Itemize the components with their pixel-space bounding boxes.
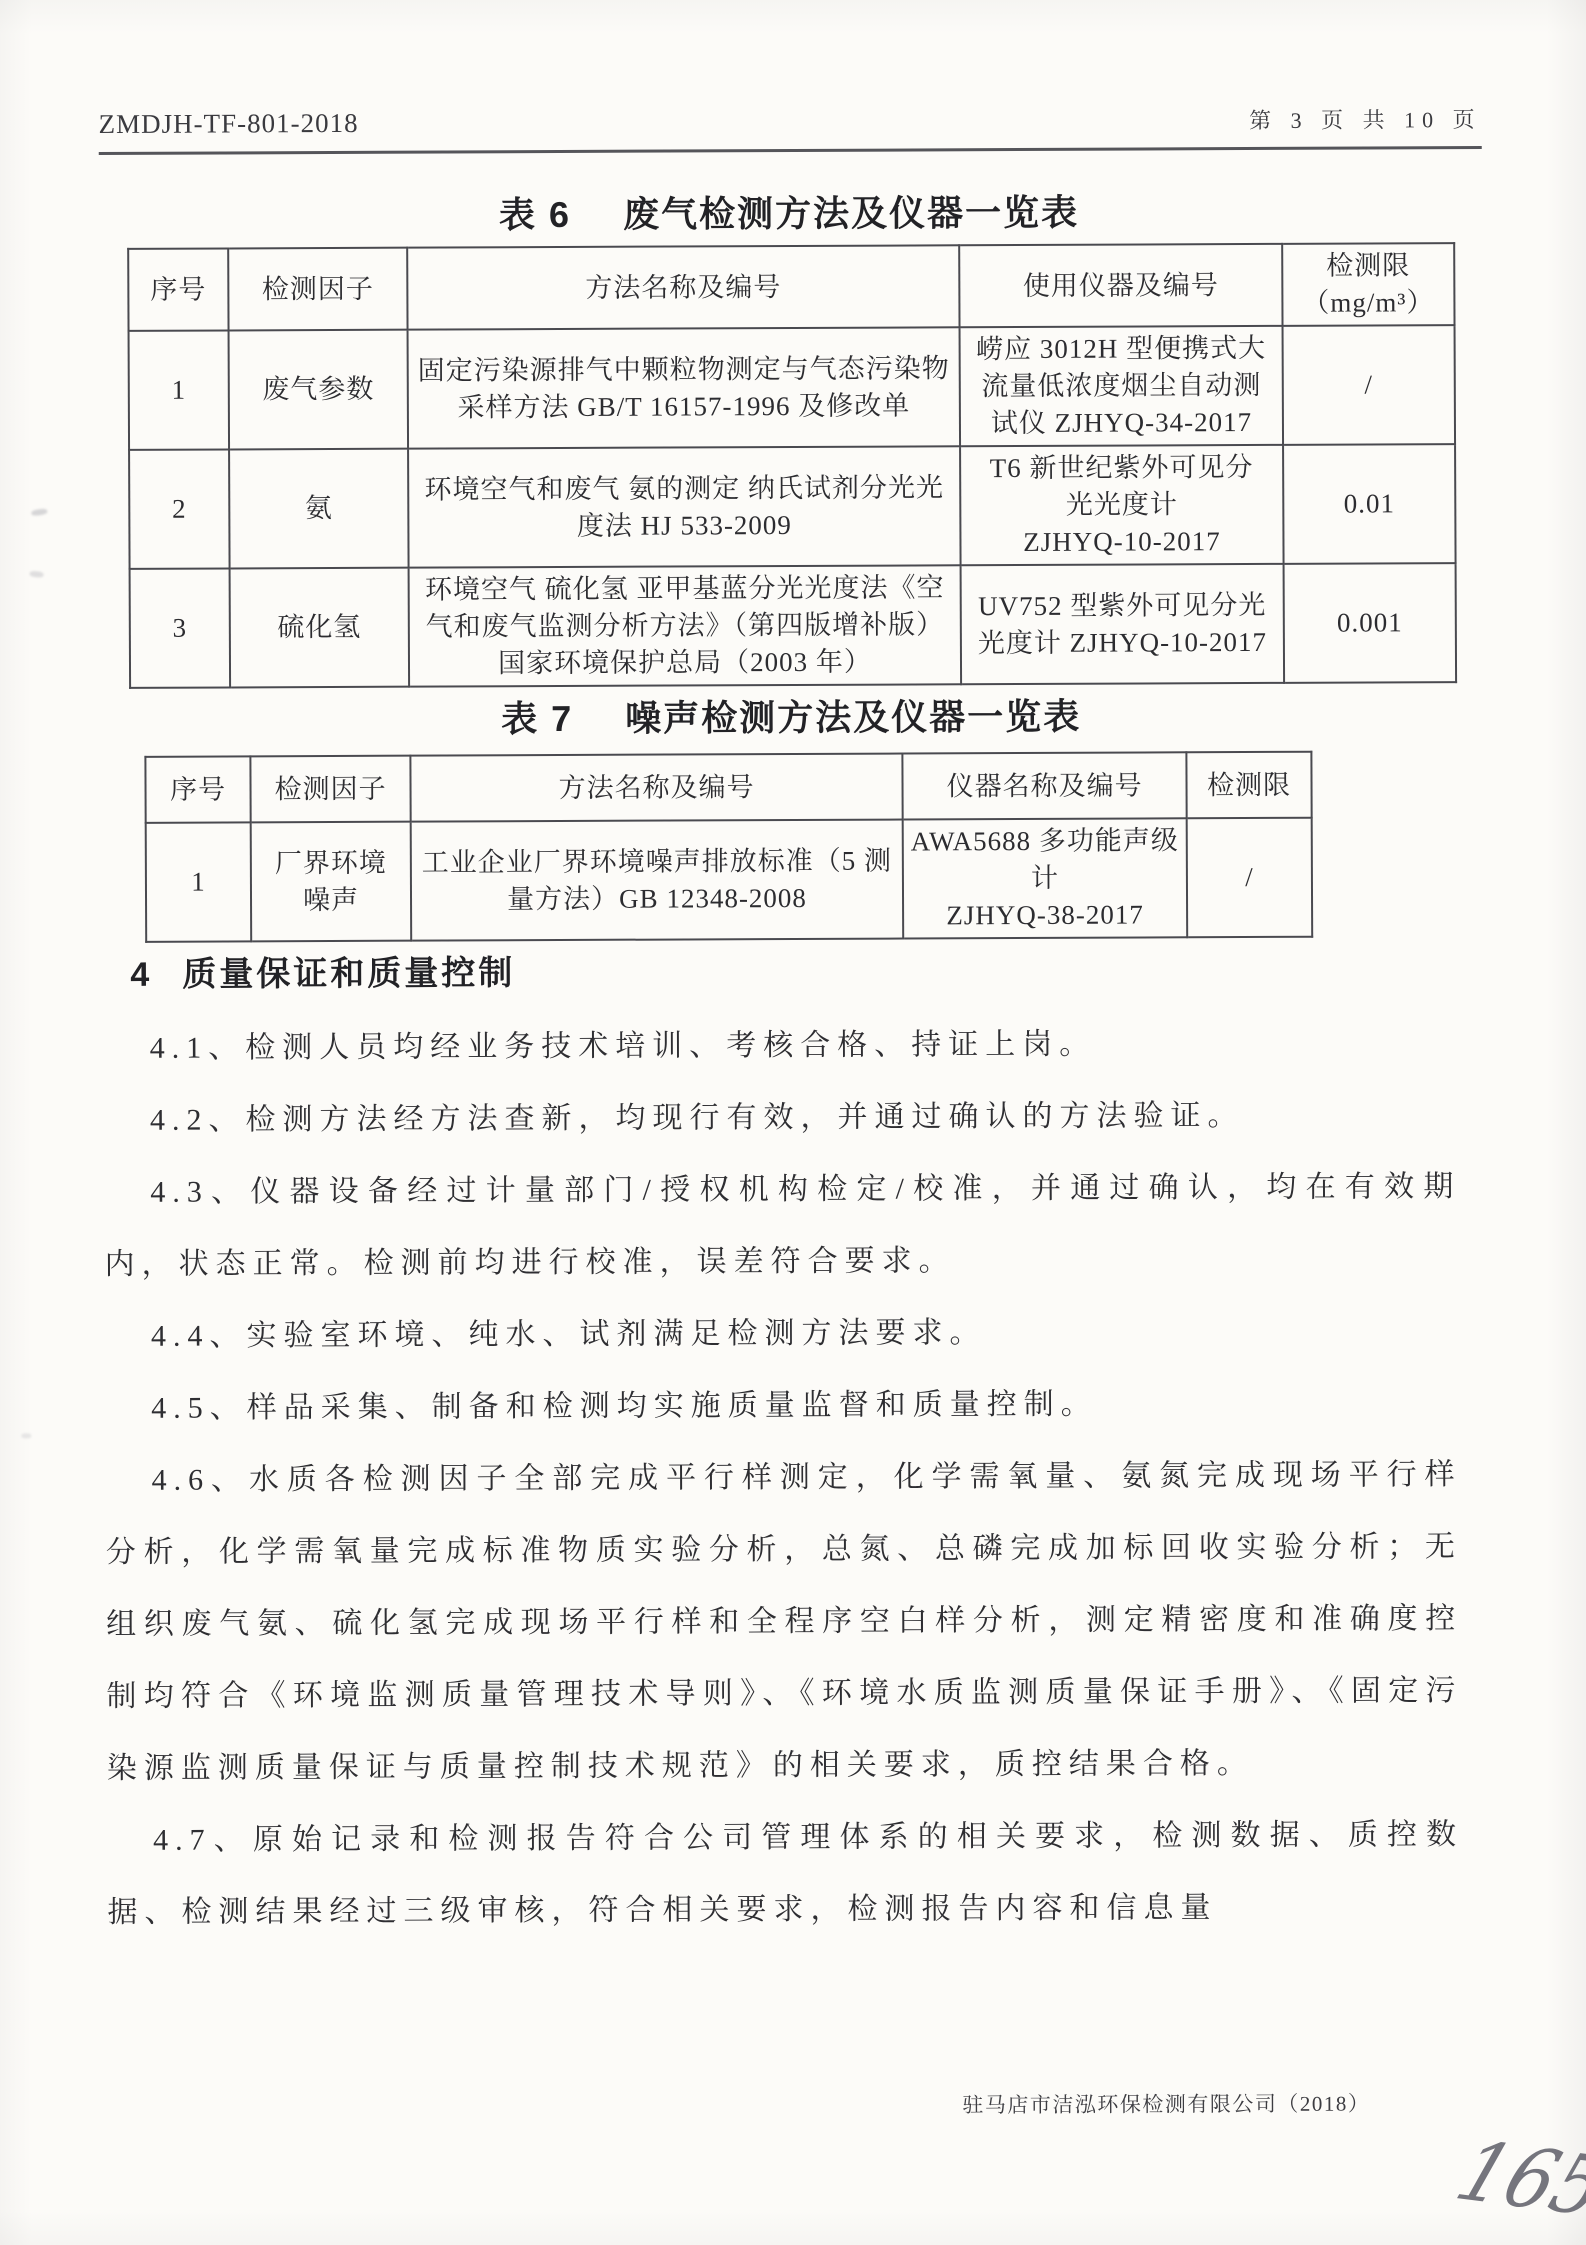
cell-method: 环境空气和废气 氨的测定 纳氏试剂分光光度法 HJ 533-2009 [408, 446, 961, 567]
table7-title-text: 噪声检测方法及仪器一览表 [625, 696, 1081, 739]
table6-row: 1 废气参数 固定污染源排气中颗粒物测定与气态污染物采样方法 GB/T 1615… [129, 325, 1456, 450]
table6-title: 表 6废气检测方法及仪器一览表 [0, 183, 1582, 241]
table6-header-row: 序号 检测因子 方法名称及编号 使用仪器及编号 检测限 （mg/m³） [128, 243, 1454, 331]
cell-instrument: 崂应 3012H 型便携式大 流量低浓度烟尘自动测 试仪 ZJHYQ-34-20… [960, 326, 1284, 446]
table7-header-row: 序号 检测因子 方法名称及编号 仪器名称及编号 检测限 [145, 752, 1311, 823]
document-page: ZMDJH-TF-801-2018 第 3 页 共 10 页 表 6废气检测方法… [0, 0, 1586, 2245]
table6-row: 2 氨 环境空气和废气 氨的测定 纳氏试剂分光光度法 HJ 533-2009 T… [129, 444, 1456, 569]
table6-label: 表 6 [499, 194, 571, 235]
cell-index: 1 [129, 330, 230, 449]
table7-col-instrument: 仪器名称及编号 [902, 752, 1186, 819]
paragraph-4-2: 4.2、检测方法经方法查新，均现行有效，并通过确认的方法验证。 [104, 1079, 1460, 1157]
table7-row: 1 厂界环境 噪声 工业企业厂界环境噪声排放标准（5 测量方法）GB 12348… [146, 818, 1313, 942]
cell-factor: 硫化氢 [230, 568, 410, 688]
paragraph-4-1: 4.1、检测人员均经业务技术培训、考核合格、持证上岗。 [104, 1007, 1460, 1085]
cell-factor: 废气参数 [229, 330, 409, 450]
handwritten-page-number: 165 [1436, 2126, 1586, 2233]
table6-col-factor: 检测因子 [228, 248, 407, 331]
cell-limit: / [1283, 325, 1456, 445]
table7-col-limit: 检测限 [1186, 752, 1311, 819]
section4-body: 4.1、检测人员均经业务技术培训、考核合格、持证上岗。 4.2、检测方法经方法查… [104, 1007, 1464, 1949]
footer-company: 驻马店市洁泓环保检测有限公司（2018） [962, 2087, 1370, 2119]
cell-factor: 厂界环境 噪声 [251, 822, 412, 942]
cell-method: 环境空气 硫化氢 亚甲基蓝分光光度法《空气和废气监测分析方法》（第四版增补版）国… [409, 565, 962, 686]
page-header: ZMDJH-TF-801-2018 第 3 页 共 10 页 [99, 103, 1482, 155]
table6-row: 3 硫化氢 环境空气 硫化氢 亚甲基蓝分光光度法《空气和废气监测分析方法》（第四… [130, 563, 1457, 688]
section4-heading: 4质量保证和质量控制 [130, 945, 515, 996]
paragraph-4-6: 4.6、水质各检测因子全部完成平行样测定，化学需氧量、氨氮完成现场平行样分析，化… [105, 1439, 1463, 1805]
cell-instrument: T6 新世纪紫外可见分 光光度计 ZJHYQ-10-2017 [960, 445, 1284, 565]
section4-number: 4 [130, 956, 152, 994]
scan-artifact [31, 508, 48, 516]
section4-title: 质量保证和质量控制 [182, 954, 515, 993]
table6-col-method: 方法名称及编号 [407, 245, 959, 329]
table6-title-text: 废气检测方法及仪器一览表 [623, 192, 1079, 235]
cell-factor: 氨 [229, 449, 409, 569]
table7-title: 表 7噪声检测方法及仪器一览表 [0, 687, 1584, 745]
cell-method: 工业企业厂界环境噪声排放标准（5 测量方法）GB 12348-2008 [411, 820, 904, 941]
table7-col-index: 序号 [145, 756, 250, 822]
cell-limit: / [1187, 818, 1313, 938]
cell-index: 1 [146, 822, 252, 941]
cell-method: 固定污染源排气中颗粒物测定与气态污染物采样方法 GB/T 16157-1996 … [408, 327, 961, 448]
table6-col-limit: 检测限 （mg/m³） [1282, 243, 1454, 326]
table7: 序号 检测因子 方法名称及编号 仪器名称及编号 检测限 1 厂界环境 噪声 工业… [144, 751, 1313, 943]
paragraph-4-3: 4.3、仪器设备经过计量部门/授权机构检定/校准，并通过确认，均在有效期内，状态… [104, 1151, 1461, 1301]
table6-col-instrument: 使用仪器及编号 [959, 244, 1282, 327]
table6-col-index: 序号 [128, 248, 228, 330]
table7-col-method: 方法名称及编号 [410, 754, 902, 822]
paragraph-4-5: 4.5、样品采集、制备和检测均实施质量监督和质量控制。 [105, 1367, 1461, 1445]
cell-limit: 0.001 [1284, 563, 1457, 683]
cell-index: 2 [129, 449, 230, 568]
cell-index: 3 [130, 568, 231, 687]
cell-limit: 0.01 [1283, 444, 1456, 564]
scan-artifact [21, 1433, 31, 1438]
table7-label: 表 7 [501, 698, 573, 739]
page-number: 第 3 页 共 10 页 [1249, 103, 1482, 135]
table7-col-factor: 检测因子 [250, 756, 410, 823]
cell-instrument: UV752 型紫外可见分光 光度计 ZJHYQ-10-2017 [961, 564, 1285, 684]
cell-instrument: AWA5688 多功能声级计 ZJHYQ-38-2017 [903, 818, 1188, 938]
paragraph-4-7: 4.7、原始记录和检测报告符合公司管理体系的相关要求，检测数据、质控数据、检测结… [107, 1799, 1464, 1949]
scan-artifact [29, 571, 44, 578]
table6: 序号 检测因子 方法名称及编号 使用仪器及编号 检测限 （mg/m³） 1 废气… [127, 242, 1457, 689]
document-code: ZMDJH-TF-801-2018 [99, 108, 359, 140]
paragraph-4-4: 4.4、实验室环境、纯水、试剂满足检测方法要求。 [105, 1295, 1461, 1373]
